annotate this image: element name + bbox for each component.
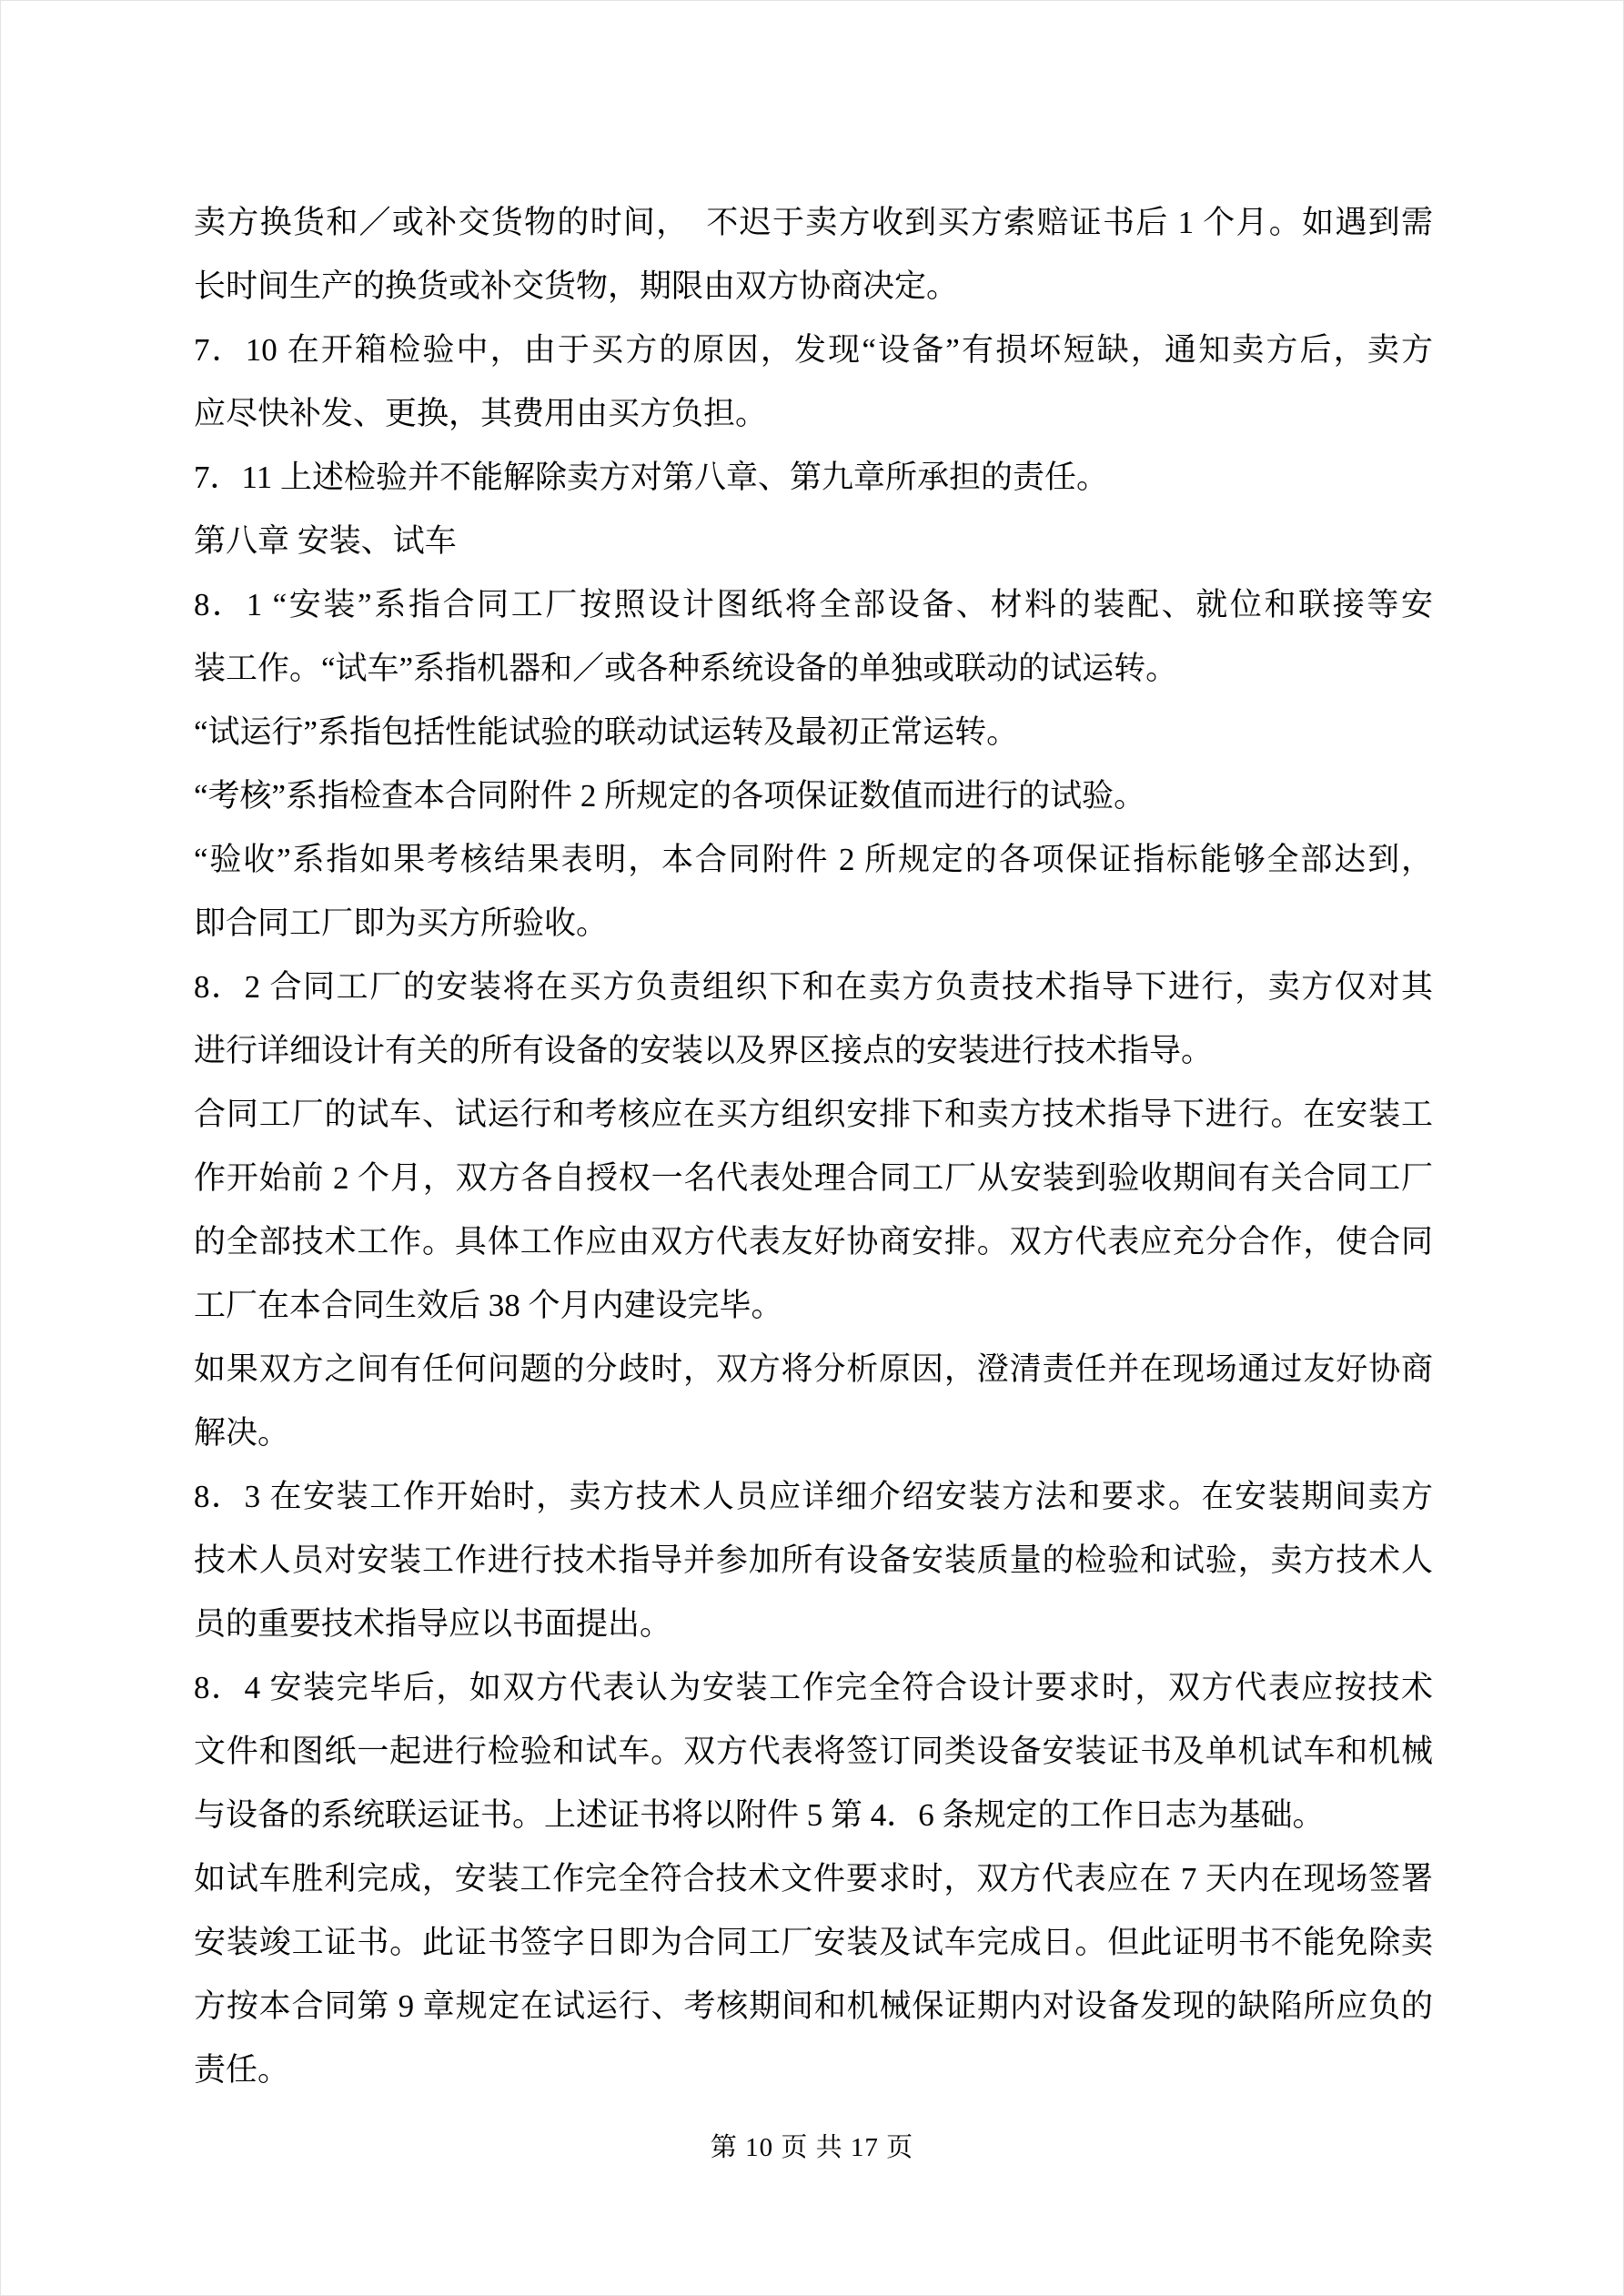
text-line: 第八章 安装、试车 xyxy=(194,510,1433,573)
document-page: 卖方换货和／或补交货物的时间， 不迟于卖方收到买方索赔证书后 1 个月。如遇到需… xyxy=(0,0,1624,2296)
text-line: 如果双方之间有任何问题的分歧时，双方将分析原因，澄清责任并在现场通过友好协商 xyxy=(194,1338,1433,1401)
text-line: 长时间生产的换货或补交货物，期限由双方协商决定。 xyxy=(194,255,1433,319)
text-line: 7．11 上述检验并不能解除卖方对第八章、第九章所承担的责任。 xyxy=(194,446,1433,510)
text-line: 文件和图纸一起进行检验和试车。双方代表将签订同类设备安装证书及单机试车和机械 xyxy=(194,1720,1433,1784)
text-line: 装工作。“试车”系指机器和／或各种系统设备的单独或联动的试运转。 xyxy=(194,637,1433,701)
text-line: 方按本合同第 9 章规定在试运行、考核期间和机械保证期内对设备发现的缺陷所应负的 xyxy=(194,1975,1433,2038)
page-number-footer: 第 10 页 共 17 页 xyxy=(0,2120,1624,2175)
text-line: 应尽快补发、更换，其费用由买方负担。 xyxy=(194,382,1433,446)
text-line: 进行详细设计有关的所有设备的安装以及界区接点的安装进行技术指导。 xyxy=(194,1019,1433,1083)
text-line: “考核”系指检查本合同附件 2 所规定的各项保证数值而进行的试验。 xyxy=(194,764,1433,828)
text-line: 8．2 合同工厂的安装将在买方负责组织下和在卖方负责技术指导下进行，卖方仅对其 xyxy=(194,956,1433,1019)
text-line: 8．4 安装完毕后，如双方代表认为安装工作完全符合设计要求时，双方代表应按技术 xyxy=(194,1656,1433,1720)
text-line: “试运行”系指包括性能试验的联动试运转及最初正常运转。 xyxy=(194,701,1433,764)
text-line: 合同工厂的试车、试运行和考核应在买方组织安排下和卖方技术指导下进行。在安装工 xyxy=(194,1083,1433,1147)
text-line: 技术人员对安装工作进行技术指导并参加所有设备安装质量的检验和试验，卖方技术人 xyxy=(194,1529,1433,1593)
text-line: 8．1 “安装”系指合同工厂按照设计图纸将全部设备、材料的装配、就位和联接等安 xyxy=(194,573,1433,637)
text-line: 员的重要技术指导应以书面提出。 xyxy=(194,1593,1433,1656)
text-line: 解决。 xyxy=(194,1401,1433,1465)
text-line: 7．10 在开箱检验中，由于买方的原因，发现“设备”有损坏短缺，通知卖方后，卖方 xyxy=(194,319,1433,382)
text-line: 如试车胜利完成，安装工作完全符合技术文件要求时，双方代表应在 7 天内在现场签署 xyxy=(194,1847,1433,1911)
text-line: 卖方换货和／或补交货物的时间， 不迟于卖方收到买方索赔证书后 1 个月。如遇到需 xyxy=(194,191,1433,255)
text-line: 安装竣工证书。此证书签字日即为合同工厂安装及试车完成日。但此证明书不能免除卖 xyxy=(194,1911,1433,1975)
text-line: 工厂在本合同生效后 38 个月内建设完毕。 xyxy=(194,1274,1433,1338)
text-line: “验收”系指如果考核结果表明，本合同附件 2 所规定的各项保证指标能够全部达到， xyxy=(194,828,1433,892)
text-line: 与设备的系统联运证书。上述证书将以附件 5 第 4．6 条规定的工作日志为基础。 xyxy=(194,1784,1433,1847)
text-line: 责任。 xyxy=(194,2038,1433,2102)
text-line: 的全部技术工作。具体工作应由双方代表友好协商安排。双方代表应充分合作，使合同 xyxy=(194,1210,1433,1274)
text-line: 8．3 在安装工作开始时，卖方技术人员应详细介绍安装方法和要求。在安装期间卖方 xyxy=(194,1465,1433,1529)
contract-body-text: 卖方换货和／或补交货物的时间， 不迟于卖方收到买方索赔证书后 1 个月。如遇到需… xyxy=(194,191,1433,2102)
text-line: 作开始前 2 个月，双方各自授权一名代表处理合同工厂从安装到验收期间有关合同工厂 xyxy=(194,1147,1433,1210)
text-line: 即合同工厂即为买方所验收。 xyxy=(194,892,1433,956)
